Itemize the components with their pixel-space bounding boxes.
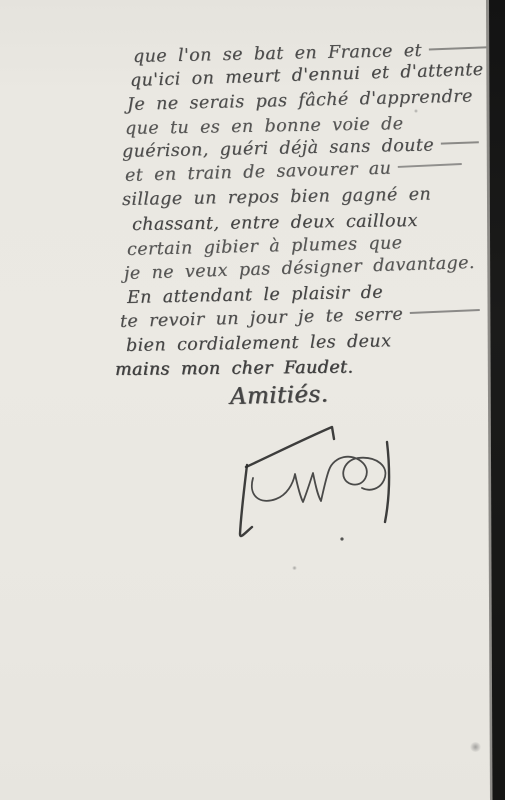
handwriting-line: et en train de savourer au bbox=[125, 157, 463, 186]
paper-speck bbox=[470, 742, 481, 752]
handwriting-line: En attendant le plaisir de bbox=[127, 283, 383, 308]
signature-monogram bbox=[224, 418, 404, 548]
handwriting-line: Je ne serais pas fâché d'apprendre bbox=[127, 87, 473, 115]
closing-salutation: Amitiés. bbox=[230, 381, 329, 410]
paper-speck bbox=[292, 566, 297, 570]
letter-page: que l'on se bat en France et qu'ici on m… bbox=[0, 0, 505, 800]
handwriting-line: mains mon cher Faudet. bbox=[115, 358, 354, 380]
paper-speck bbox=[414, 109, 418, 113]
handwriting-line: bien cordialement les deux bbox=[126, 331, 392, 356]
handwriting-line: que tu es en bonne voie de bbox=[125, 114, 404, 139]
handwriting-line: sillage un repos bien gagné en bbox=[122, 185, 431, 210]
handwriting-line: chassant, entre deux cailloux bbox=[132, 211, 418, 235]
